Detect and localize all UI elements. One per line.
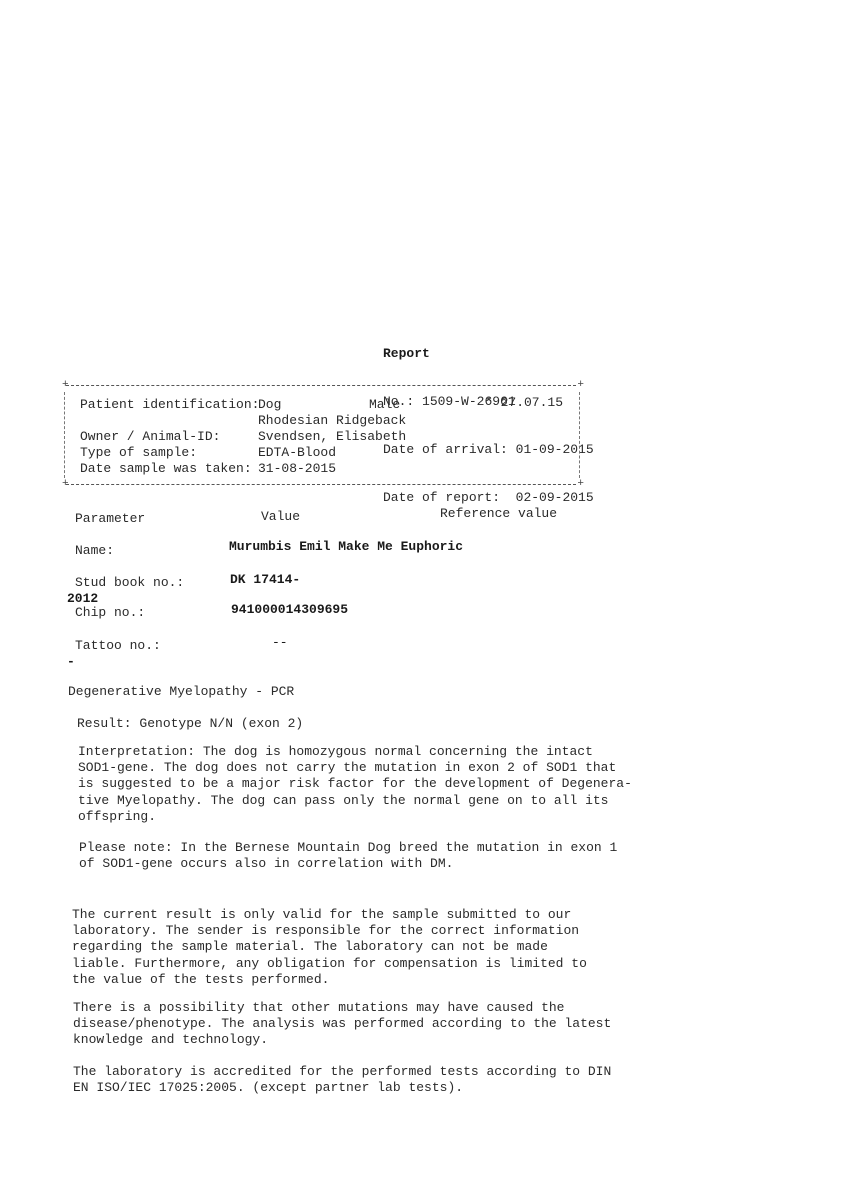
- patient-row-value: Rhodesian Ridgeback: [258, 413, 406, 429]
- patient-info-box: + + + + Patient identification:Dog Rhode…: [66, 385, 576, 485]
- box-corner: +: [62, 479, 69, 489]
- param-value-stud-book-wrap: 2012: [67, 591, 98, 606]
- test-result: Result: Genotype N/N (exon 2): [77, 716, 303, 732]
- param-value-tattoo: --: [272, 635, 288, 650]
- interpretation-line: offspring.: [78, 809, 632, 825]
- param-label-chip: Chip no.:: [75, 605, 145, 621]
- note-line: of SOD1-gene occurs also in correlation …: [79, 856, 617, 872]
- patient-row: Date sample was taken:31-08-2015: [80, 461, 336, 477]
- patient-row-label: Type of sample:: [80, 445, 258, 461]
- disclaimer-line: The current result is only valid for the…: [72, 907, 587, 923]
- patient-row-label: Owner / Animal-ID:: [80, 429, 258, 445]
- disclaimer-other-mutations: There is a possibility that other mutati…: [73, 1000, 611, 1049]
- report-date: Date of report: 02-09-2015: [383, 490, 594, 506]
- note-paragraph: Please note: In the Bernese Mountain Dog…: [79, 840, 617, 872]
- box-corner: +: [577, 479, 584, 489]
- param-value-name: Murumbis Emil Make Me Euphoric: [229, 539, 463, 554]
- report-date-value: 02-09-2015: [516, 490, 594, 505]
- patient-row-value: Dog: [258, 397, 281, 413]
- interpretation-paragraph: Interpretation: The dog is homozygous no…: [78, 744, 632, 825]
- disclaimer-validity: The current result is only valid for the…: [72, 907, 587, 988]
- patient-row: Owner / Animal-ID:Svendsen, Elisabeth: [80, 429, 406, 445]
- param-value-chip: 941000014309695: [231, 602, 348, 617]
- disclaimer-line: knowledge and technology.: [73, 1032, 611, 1048]
- interpretation-line: tive Myelopathy. The dog can pass only t…: [78, 793, 632, 809]
- param-label-stud-book: Stud book no.:: [75, 575, 184, 591]
- interpretation-line: Interpretation: The dog is homozygous no…: [78, 744, 632, 760]
- param-label-name: Name:: [75, 543, 114, 559]
- disclaimer-line: regarding the sample material. The labor…: [72, 939, 587, 955]
- disclaimer-line: liable. Furthermore, any obligation for …: [72, 956, 587, 972]
- disclaimer-accreditation: The laboratory is accredited for the per…: [73, 1064, 611, 1096]
- param-label-tattoo: Tattoo no.:: [75, 638, 161, 654]
- box-corner: +: [62, 380, 69, 390]
- report-date-label: Date of report:: [383, 490, 500, 505]
- param-value-tattoo-wrap: -: [67, 654, 75, 669]
- param-value-stud-book: DK 17414-: [230, 572, 300, 587]
- patient-row-value: Svendsen, Elisabeth: [258, 429, 406, 445]
- patient-row-value: 31-08-2015: [258, 461, 336, 477]
- report-title: Report: [383, 346, 594, 362]
- patient-row-value: EDTA-Blood: [258, 445, 336, 461]
- patient-birth-date: * 27.07.15: [485, 395, 563, 411]
- note-line: Please note: In the Bernese Mountain Dog…: [79, 840, 617, 856]
- patient-row-label: Date sample was taken:: [80, 461, 258, 477]
- disclaimer-line: There is a possibility that other mutati…: [73, 1000, 611, 1016]
- patient-row: Patient identification:Dog: [80, 397, 281, 413]
- column-header-value: Value: [261, 509, 300, 525]
- disclaimer-line: the value of the tests performed.: [72, 972, 587, 988]
- disclaimer-line: EN ISO/IEC 17025:2005. (except partner l…: [73, 1080, 611, 1096]
- column-header-reference: Reference value: [440, 506, 557, 522]
- interpretation-line: SOD1-gene. The dog does not carry the mu…: [78, 760, 632, 776]
- box-corner: +: [577, 380, 584, 390]
- disclaimer-line: disease/phenotype. The analysis was perf…: [73, 1016, 611, 1032]
- patient-row-label: Patient identification:: [80, 397, 258, 413]
- patient-sex: Male: [369, 397, 400, 413]
- patient-row: Rhodesian Ridgeback: [80, 413, 406, 429]
- column-header-parameter: Parameter: [75, 511, 145, 527]
- disclaimer-line: The laboratory is accredited for the per…: [73, 1064, 611, 1080]
- patient-row: Type of sample:EDTA-Blood: [80, 445, 336, 461]
- disclaimer-line: laboratory. The sender is responsible fo…: [72, 923, 587, 939]
- test-title: Degenerative Myelopathy - PCR: [68, 684, 294, 700]
- interpretation-line: is suggested to be a major risk factor f…: [78, 776, 632, 792]
